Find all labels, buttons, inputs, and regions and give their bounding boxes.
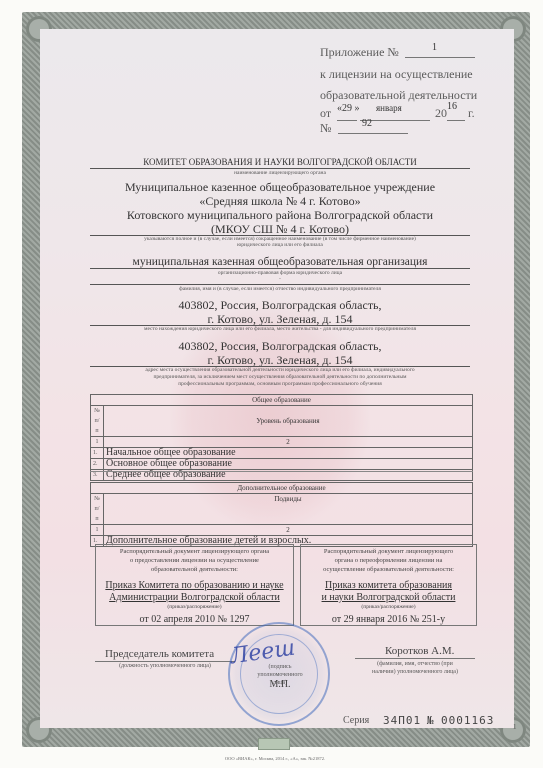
org-line: (МКОУ СШ № 4 г. Котово) xyxy=(90,222,470,236)
col-index: 1 xyxy=(91,525,104,536)
date-prefix: от xyxy=(320,106,331,121)
additional-education-table: Дополнительное образование № п/п Подвиды… xyxy=(90,482,473,547)
serial-series: 34П01 xyxy=(383,714,421,727)
serial-label: Серия xyxy=(343,715,369,726)
caption-line: юридического лица или его филиала xyxy=(90,242,470,248)
position-caption: (должность уполномоченного лица) xyxy=(95,663,235,669)
general-education-table: Общее образование № п/п Уровень образова… xyxy=(90,394,473,481)
serial-number-sign: № xyxy=(427,714,435,727)
col-index: 1 xyxy=(91,437,104,448)
col-num-header: № п/п xyxy=(91,406,104,437)
appendix-label: Приложение № xyxy=(320,45,399,60)
order-line: Администрации Волгоградской области xyxy=(96,592,293,604)
org-line: Муниципальное казенное общеобразовательн… xyxy=(90,180,470,194)
caption-line: Распорядительный документ лицензирующего xyxy=(301,547,476,556)
license-line: к лицензии на осуществление xyxy=(320,67,473,82)
order-date: от 29 января 2016 № 251-у xyxy=(301,614,476,625)
order-line: и науки Волгоградской области xyxy=(301,592,476,604)
table-title: Дополнительное образование xyxy=(91,483,473,494)
order-line: Приказ комитета образования xyxy=(301,580,476,592)
seal-mark: М.П. xyxy=(260,679,300,690)
position-rule xyxy=(95,661,235,662)
caption-line: образовательной деятельности: xyxy=(96,565,293,574)
order-caption: (приказ/распоряжение) xyxy=(301,604,476,611)
col-index: 2 xyxy=(104,525,473,536)
order-line: Приказ Комитета по образованию и науке xyxy=(96,580,293,592)
serial-number: 0001163 xyxy=(441,714,494,727)
reissue-document-box: Распорядительный документ лицензирующего… xyxy=(300,544,477,626)
col-level-header: Уровень образования xyxy=(104,406,473,437)
org-line: «Средняя школа № 4 г. Котово» xyxy=(90,194,470,208)
caption-line: предпринимателя, за исключением мест осу… xyxy=(90,374,470,381)
col-index: 2 xyxy=(104,437,473,448)
row-level: Начальное общее образование xyxy=(104,448,473,459)
date-day-line xyxy=(337,120,357,121)
row-num: 2. xyxy=(91,459,104,470)
number-label: № xyxy=(320,121,331,136)
appendix-number-line xyxy=(405,57,475,58)
address-line: г. Котово, ул. Зеленая, д. 154 xyxy=(90,312,470,326)
legal-form: муниципальная казенная общеобразовательн… xyxy=(90,255,470,269)
signatory-position: Председатель комитета xyxy=(105,648,214,660)
caption-line: наличии) уполномоченного лица) xyxy=(360,668,470,676)
address-line: 403802, Россия, Волгоградская область, xyxy=(90,298,470,312)
activity-address-caption: адрес места осуществления образовательно… xyxy=(90,367,470,388)
row-level: Основное общее образование xyxy=(104,459,473,470)
entrepreneur-rule xyxy=(90,284,470,285)
authority-name: КОМИТЕТ ОБРАЗОВАНИЯ И НАУКИ ВОЛГОГРАДСКО… xyxy=(90,157,470,167)
caption-line: осуществление образовательной деятельнос… xyxy=(301,565,476,574)
name-caption: (фамилия, имя, отчество (при наличии) уп… xyxy=(360,660,470,676)
caption-line: (фамилия, имя, отчество (при xyxy=(360,660,470,668)
page-mark: 1 xyxy=(513,723,517,731)
printer-imprint: ООО «ВИАК», г. Москва, 2014 г., «А», зак… xyxy=(150,756,400,761)
row-num: 1. xyxy=(91,448,104,459)
caption-line: органа о переоформлении лицензии на xyxy=(301,556,476,565)
caption-line: о предоставлении лицензии на осуществлен… xyxy=(96,556,293,565)
address-line: г. Котово, ул. Зеленая, д. 154 xyxy=(90,353,470,367)
org-line: Котовского муниципального района Волгогр… xyxy=(90,208,470,222)
section-rule xyxy=(90,471,473,472)
name-rule xyxy=(355,658,475,659)
date-suffix: г. xyxy=(468,106,475,121)
caption-line: профессиональным программам, основным пр… xyxy=(90,381,470,388)
number-line xyxy=(338,133,408,134)
appendix-number: 1 xyxy=(432,42,437,53)
entrepreneur-caption: фамилия, имя и (в случае, если имеется) … xyxy=(90,286,470,292)
authority-caption: наименование лицензирующего органа xyxy=(90,170,470,176)
hologram xyxy=(258,738,290,750)
entrepreneur-value: - xyxy=(90,277,470,282)
authority-rule xyxy=(90,168,470,169)
date-day: «29 » xyxy=(337,103,360,114)
address-line: 403802, Россия, Волгоградская область, xyxy=(90,339,470,353)
issue-document-box: Распорядительный документ лицензирующего… xyxy=(95,544,294,626)
legal-form-caption: организационно-правовая форма юридическо… xyxy=(90,270,470,276)
date-year: 16 xyxy=(447,101,457,112)
location-address: 403802, Россия, Волгоградская область, г… xyxy=(90,298,470,326)
caption-line: адрес места осуществления образовательно… xyxy=(90,367,470,374)
organization-caption: указываются полное и (в случае, если име… xyxy=(90,236,470,248)
caption-line: Распорядительный документ лицензирующего… xyxy=(96,547,293,556)
col-sub-header: Подвиды xyxy=(104,494,473,525)
signatory-name: Коротков А.М. xyxy=(385,645,454,657)
location-caption: место нахождения юридического лица или е… xyxy=(90,326,470,332)
license-number: 92 xyxy=(362,118,372,129)
table-row: 2. Основное общее образование xyxy=(91,459,473,470)
date-year-prefix: 20 xyxy=(435,106,447,121)
col-num-header: № п/п xyxy=(91,494,104,525)
table-title: Общее образование xyxy=(91,395,473,406)
legal-form-rule xyxy=(90,268,470,269)
table-row: 1. Начальное общее образование xyxy=(91,448,473,459)
order-caption: (приказ/распоряжение) xyxy=(96,604,293,611)
date-year-line xyxy=(447,120,465,121)
date-month: января xyxy=(376,103,402,113)
organization-name: Муниципальное казенное общеобразовательн… xyxy=(90,180,470,236)
caption-line: (подпись xyxy=(250,663,310,671)
activity-address: 403802, Россия, Волгоградская область, г… xyxy=(90,339,470,367)
